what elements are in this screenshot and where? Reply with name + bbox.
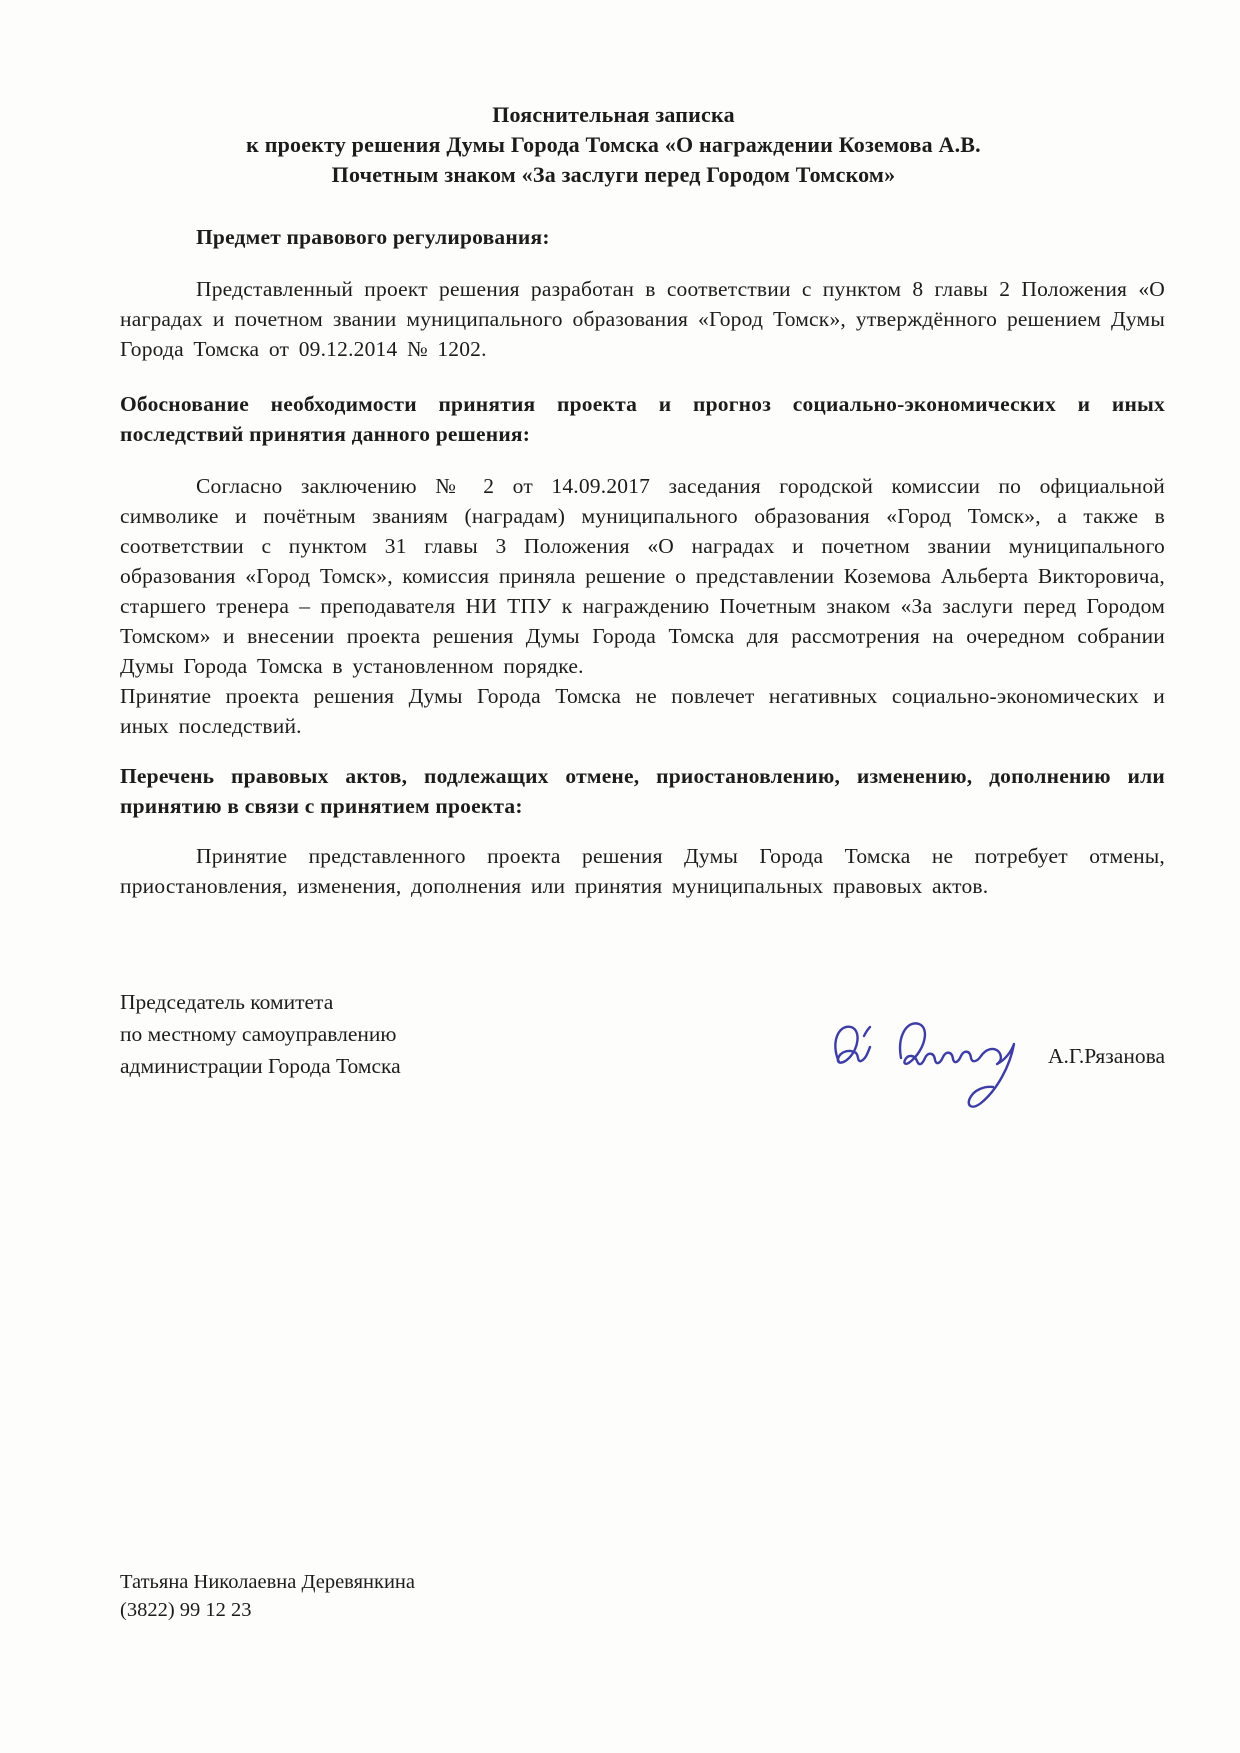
contact-name: Татьяна Николаевна Деревянкина [120, 1568, 1165, 1596]
title-line-1: Пояснительная записка [120, 100, 1107, 130]
justification-paragraph-1: Согласно заключению № 2 от 14.09.2017 за… [120, 471, 1165, 681]
signature-block: Председатель комитета по местному самоуп… [120, 986, 1165, 1118]
document-page: Пояснительная записка к проекту решения … [0, 0, 1240, 1753]
signer-position-line-2: по местному самоуправлению [120, 1018, 560, 1050]
document-title: Пояснительная записка к проекту решения … [120, 100, 1165, 190]
title-line-3: Почетным знаком «За заслуги перед Городо… [120, 160, 1107, 190]
title-line-2: к проекту решения Думы Города Томска «О … [120, 130, 1107, 160]
acts-paragraph: Принятие представленного проекта решения… [120, 841, 1165, 901]
signer-name: А.Г.Рязанова [1048, 1044, 1165, 1069]
justification-paragraph-2: Принятие проекта решения Думы Города Том… [120, 681, 1165, 741]
signer-position-line-1: Председатель комитета [120, 986, 560, 1018]
signer-position-line-3: администрации Города Томска [120, 1050, 560, 1082]
subject-paragraph: Представленный проект решения разработан… [120, 274, 1165, 364]
signature-image [809, 1000, 1034, 1118]
signature-stroke-main [900, 1023, 1014, 1106]
contact-block: Татьяна Николаевна Деревянкина (3822) 99… [120, 1568, 1165, 1624]
contact-phone: (3822) 99 12 23 [120, 1596, 1165, 1624]
signer-position: Председатель комитета по местному самоуп… [120, 986, 560, 1082]
section-heading-acts: Перечень правовых актов, подлежащих отме… [120, 761, 1165, 821]
section-heading-subject: Предмет правового регулирования: [120, 222, 1165, 252]
section-heading-justification: Обоснование необходимости принятия проек… [120, 389, 1165, 449]
signature-stroke-left [835, 1027, 870, 1063]
